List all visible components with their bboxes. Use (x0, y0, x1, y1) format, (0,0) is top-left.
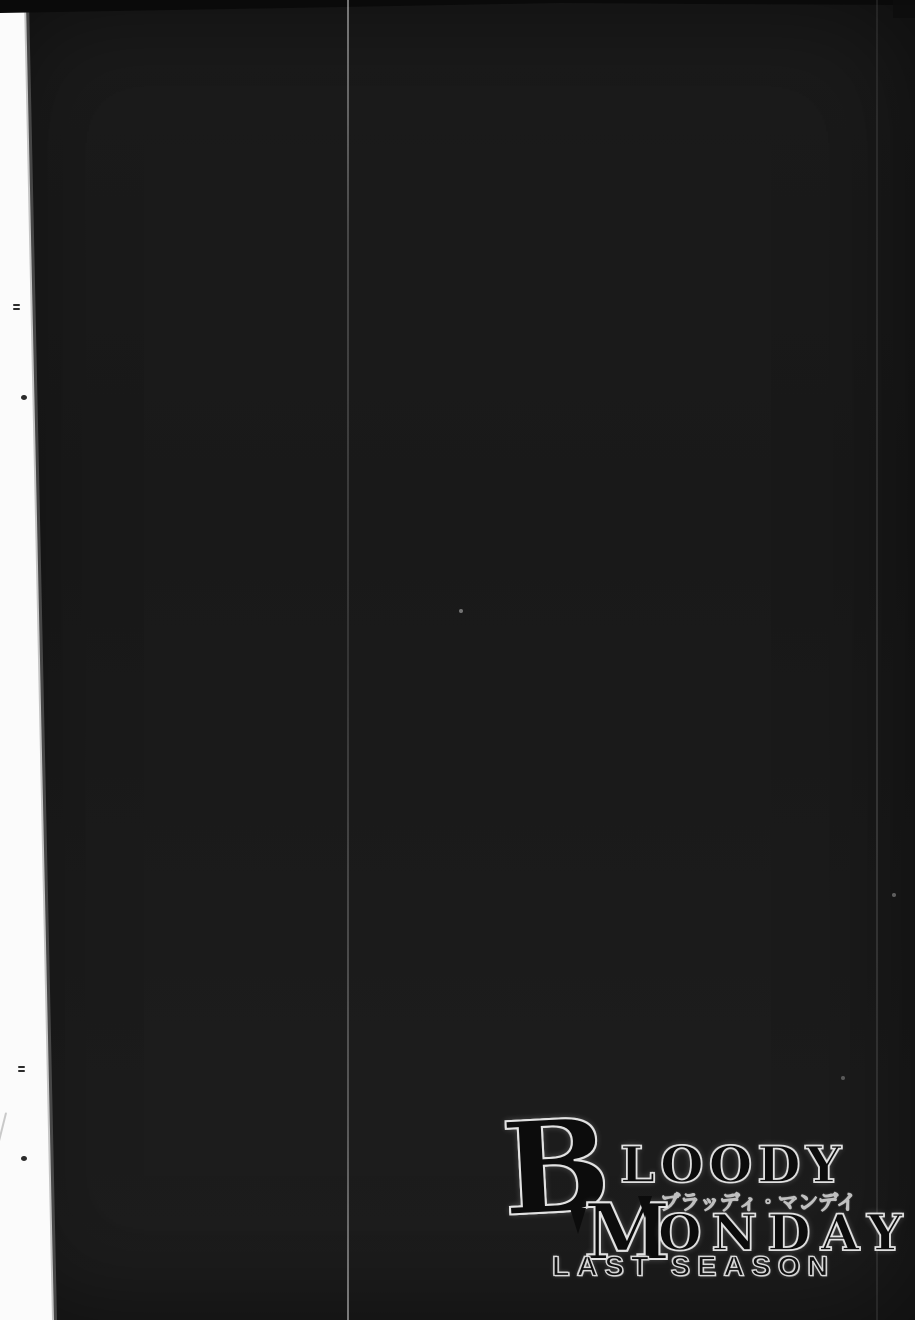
dust-speck (459, 609, 463, 613)
dust-speck (841, 1076, 845, 1080)
logo-word-onday: ONDAY (658, 1208, 913, 1258)
logo-subtitle-last-season: LAST SEASON (552, 1254, 835, 1282)
top-right-shadow (893, 0, 915, 18)
dust-speck (892, 893, 896, 897)
scratch-mark (0, 1112, 7, 1145)
dust-speck (18, 1066, 25, 1068)
dust-speck (21, 1156, 27, 1161)
dust-speck (21, 395, 27, 400)
page-scan: B LOODY ブラッディ・マンデイ M ONDAY LAST SEASON (0, 0, 915, 1320)
series-logo: B LOODY ブラッディ・マンデイ M ONDAY LAST SEASON (500, 1100, 915, 1320)
logo-word-loody: LOODY (620, 1140, 846, 1190)
center-fold-line (347, 0, 349, 1320)
dust-speck (13, 304, 20, 306)
